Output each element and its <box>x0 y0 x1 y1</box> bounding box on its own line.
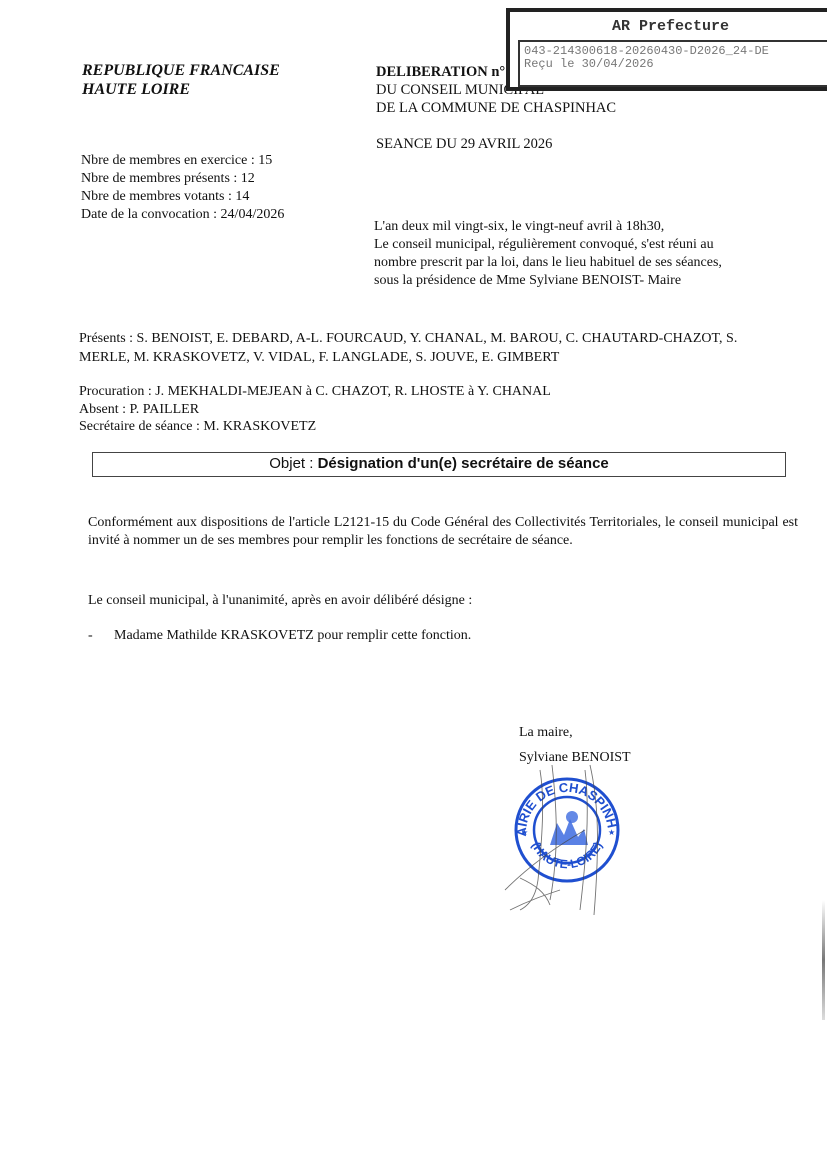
ar-stamp-title: AR Prefecture <box>510 18 827 35</box>
header-left: REPUBLIQUE FRANCAISE HAUTE LOIRE <box>82 61 280 99</box>
ar-prefecture-stamp: AR Prefecture 043-214300618-20260430-D20… <box>506 8 827 91</box>
members-in-office: Nbre de membres en exercice : 15 <box>81 152 284 170</box>
signatory-role: La maire, <box>519 725 573 741</box>
department-label: HAUTE LOIRE <box>82 80 280 99</box>
ar-stamp-received-date: Reçu le 30/04/2026 <box>524 58 824 71</box>
republic-label: REPUBLIQUE FRANCAISE <box>82 61 280 80</box>
intro-line: L'an deux mil vingt-six, le vingt-neuf a… <box>374 218 722 236</box>
bullet-dash: - <box>88 628 93 644</box>
deliberation-label: DELIBERATION n° <box>376 64 505 80</box>
attendance-details: Procuration : J. MEKHALDI-MEJEAN à C. CH… <box>79 383 551 436</box>
decision-paragraph: Le conseil municipal, à l'unanimité, apr… <box>88 593 472 609</box>
seance-date: SEANCE DU 29 AVRIL 2026 <box>376 136 552 153</box>
convocation-date: Date de la convocation : 24/04/2026 <box>81 206 284 224</box>
subject-title: Désignation d'un(e) secrétaire de séance <box>318 455 609 472</box>
intro-line: Le conseil municipal, régulièrement conv… <box>374 236 722 254</box>
legal-basis-paragraph: Conformément aux dispositions de l'artic… <box>88 514 798 550</box>
intro-line: nombre prescrit par la loi, dans le lieu… <box>374 254 722 272</box>
subject-box: Objet : Désignation d'un(e) secrétaire d… <box>92 452 786 477</box>
designee-item: Madame Mathilde KRASKOVETZ pour remplir … <box>114 628 471 644</box>
handwritten-signature-icon <box>490 760 640 920</box>
subject-label: Objet : <box>269 455 317 472</box>
meeting-intro: L'an deux mil vingt-six, le vingt-neuf a… <box>374 218 722 290</box>
commune-label: DE LA COMMUNE DE CHASPINHAC <box>376 99 616 117</box>
proxies: Procuration : J. MEKHALDI-MEJEAN à C. CH… <box>79 383 551 401</box>
members-summary: Nbre de membres en exercice : 15 Nbre de… <box>81 152 284 224</box>
absent-members: Absent : P. PAILLER <box>79 401 551 419</box>
scan-edge <box>822 900 825 1020</box>
members-present: Nbre de membres présents : 12 <box>81 170 284 188</box>
members-voting: Nbre de membres votants : 14 <box>81 188 284 206</box>
ar-stamp-details: 043-214300618-20260430-D2026_24-DE Reçu … <box>518 40 827 87</box>
intro-line: sous la présidence de Mme Sylviane BENOI… <box>374 272 722 290</box>
meeting-secretary: Secrétaire de séance : M. KRASKOVETZ <box>79 418 551 436</box>
present-members: Présents : S. BENOIST, E. DEBARD, A-L. F… <box>79 329 759 367</box>
